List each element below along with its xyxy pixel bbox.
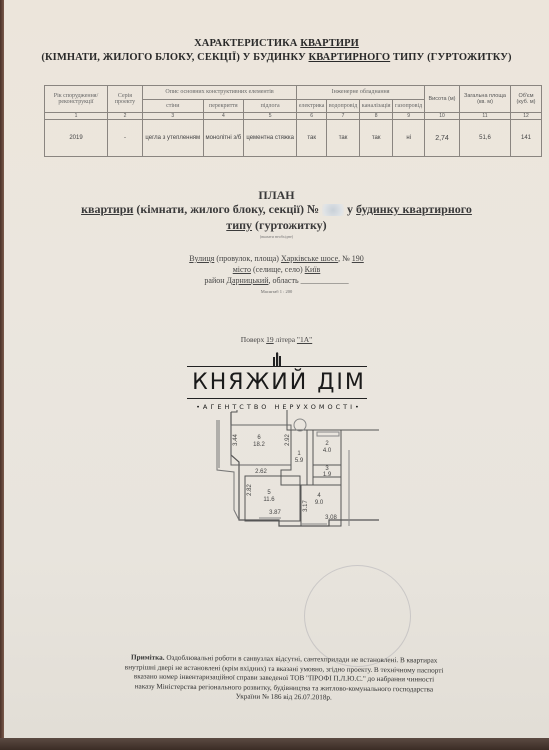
value-volume: 141: [511, 120, 542, 157]
value-floors: цементна стяжка: [244, 120, 297, 157]
value-gas: ні: [393, 120, 425, 157]
value-electricity: так: [297, 120, 327, 157]
header-height: Висота (м): [425, 86, 460, 113]
plan-subtitle-line2: типу (гуртожитку): [4, 218, 549, 233]
col-num: 8: [360, 113, 393, 120]
address-city-line: місто (селище, село) Київ: [4, 265, 549, 274]
dimension-label: 2.82: [247, 484, 253, 496]
room-area-3: 1.9: [323, 472, 332, 478]
plan-hint: (вказати необхідне): [4, 234, 549, 239]
value-series: -: [108, 120, 143, 157]
header-structure: Опис основних конструктивних елементів: [143, 86, 297, 100]
room-number-2: 2: [325, 441, 329, 447]
value-sewage: так: [360, 120, 393, 157]
redacted-apartment-number: [322, 204, 344, 216]
header-electricity: електрика: [297, 99, 327, 113]
room-area-4: 9.0: [315, 500, 324, 506]
logo-divider-top: [187, 366, 367, 367]
col-num: 2: [108, 113, 143, 120]
col-num: 12: [511, 113, 542, 120]
room-area-5: 11.6: [263, 497, 275, 503]
room-area-2: 4.0: [323, 448, 332, 454]
col-num: 9: [393, 113, 425, 120]
header-floors: підлога: [244, 99, 297, 113]
apartment-spec-table: Рік спорудження/ реконструкції Серія про…: [44, 85, 542, 157]
room-number-1: 1: [297, 451, 301, 457]
room-number-4: 4: [317, 493, 321, 499]
faded-stamp: [304, 565, 411, 667]
address-district-line: район Дарницький, область ____________: [4, 276, 549, 285]
value-water: так: [327, 120, 360, 157]
dimension-label: 3.87: [269, 510, 281, 516]
col-num: 5: [244, 113, 297, 120]
value-year: 2019: [45, 120, 108, 157]
table-row: 2019 - цегла з утепленням монолітні з/б …: [45, 120, 542, 157]
logo-wordmark: КНЯЖИЙ ДІМ: [184, 370, 374, 395]
dimension-label: 2.62: [255, 469, 267, 475]
address-street-line: Вулиця (провулок, площа) Харківське шосе…: [4, 254, 549, 263]
header-engineering: Інженерне обладнання: [297, 86, 425, 100]
document-page: ХАРАКТЕРИСТИКА КВАРТИРИ (КІМНАТИ, ЖИЛОГО…: [4, 0, 549, 738]
value-height: 2,74: [425, 120, 460, 157]
scale-label: Масштаб 1 : 200: [4, 289, 549, 294]
col-num: 11: [460, 113, 511, 120]
col-num: 3: [143, 113, 204, 120]
column-number-row: 1 2 3 4 5 6 7 8 9 10 11 12: [45, 113, 542, 120]
room-area-1: 5.9: [295, 458, 304, 464]
header-area: Загальна площа (кв. м): [460, 86, 511, 113]
dimension-label: 2.92: [285, 434, 291, 446]
header-gas: газопровід: [393, 99, 425, 113]
col-num: 7: [327, 113, 360, 120]
col-num: 10: [425, 113, 460, 120]
dimension-label: 3.17: [303, 500, 309, 512]
header-sewage: каналізація: [360, 99, 393, 113]
logo-tower-icon: [272, 352, 282, 366]
doc-heading-line1: ХАРАКТЕРИСТИКА КВАРТИРИ: [4, 38, 549, 49]
value-ceilings: монолітні з/б: [203, 120, 244, 157]
col-num: 4: [203, 113, 244, 120]
room-number-6: 6: [257, 435, 261, 441]
header-walls: стіни: [143, 99, 204, 113]
header-volume: Об'єм (куб. м): [511, 86, 542, 113]
header-water: водопровід: [327, 99, 360, 113]
apartment-floor-plan: 6 18.2 1 5.9 2 4.0 3 1.9 5 11.6 4 9.0 3.…: [209, 410, 379, 535]
header-ceilings: перекриття: [203, 99, 244, 113]
logo-divider-bottom: [187, 398, 367, 399]
room-number-5: 5: [267, 490, 271, 496]
doc-heading-line2: (КІМНАТИ, ЖИЛОГО БЛОКУ, СЕКЦІЇ) У БУДИНК…: [4, 52, 549, 63]
room-area-6: 18.2: [253, 442, 265, 448]
header-year: Рік спорудження/ реконструкції: [45, 86, 108, 113]
photo-background-bottom: [0, 738, 549, 750]
floor-label: Поверх 19 літера "1А": [4, 335, 549, 344]
value-area: 51,6: [460, 120, 511, 157]
plan-title: ПЛАН: [4, 188, 549, 203]
col-num: 6: [297, 113, 327, 120]
header-series: Серія проекту: [108, 86, 143, 113]
col-num: 1: [45, 113, 108, 120]
plan-subtitle-line1: квартири (кімнати, жилого блоку, секції)…: [4, 202, 549, 217]
dimension-label: 3.44: [233, 434, 239, 446]
dimension-label: 3.08: [325, 515, 337, 521]
value-walls: цегла з утепленням: [143, 120, 204, 157]
footnote: Примітка. Оздоблювальні роботи в санвузл…: [124, 653, 444, 704]
